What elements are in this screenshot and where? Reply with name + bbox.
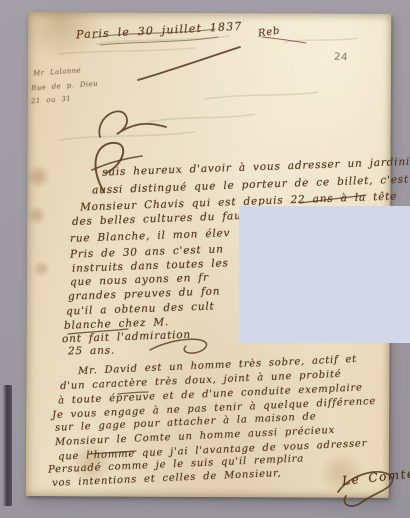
masking-overlay-rectangle [239, 206, 410, 343]
background-object-edge [3, 385, 12, 506]
manuscript-letter-photo: Paris le 30 juillet 1837 Reb 24 Mr Lalan… [0, 0, 410, 518]
folio-number: 24 [334, 52, 349, 64]
handwritten-line: 25 ans. [68, 345, 115, 358]
